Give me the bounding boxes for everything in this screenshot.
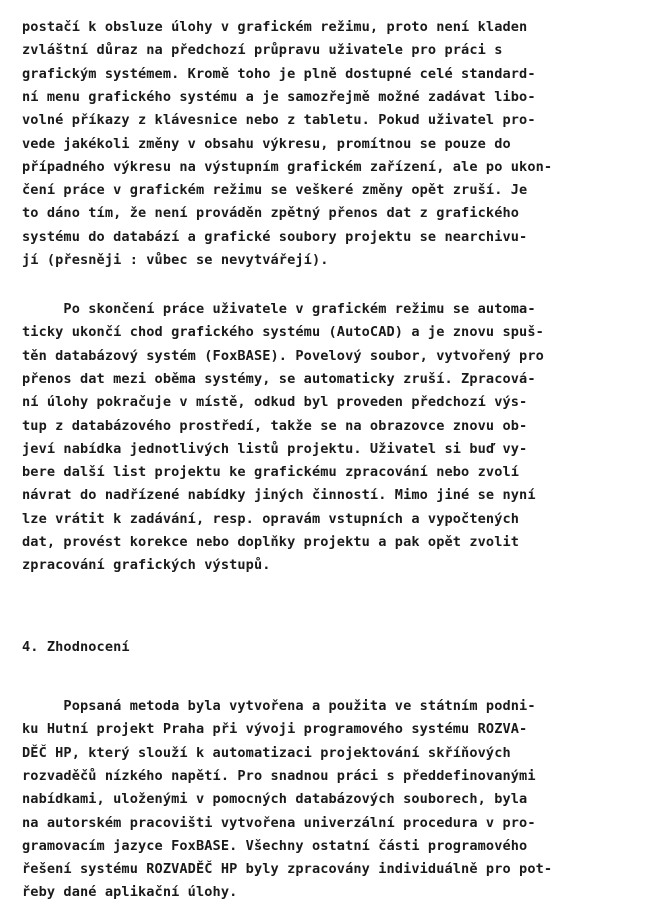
- text-line: ní úlohy pokračuje v místě, odkud byl pr…: [22, 391, 527, 413]
- text-line: Popsaná metoda byla vytvořena a použita …: [22, 695, 536, 717]
- text-line: návrat do nadřízené nabídky jiných činno…: [22, 484, 536, 506]
- text-line: volné příkazy z klávesnice nebo z tablet…: [22, 109, 536, 131]
- text-line: ticky ukončí chod grafického systému (Au…: [22, 321, 544, 343]
- text-line: na autorském pracovišti vytvořena univer…: [22, 812, 536, 834]
- text-line: grafickým systémem. Kromě toho je plně d…: [22, 63, 536, 85]
- text-line: vede jakékoli změny v obsahu výkresu, pr…: [22, 133, 511, 155]
- text-line: systému do databází a grafické soubory p…: [22, 226, 527, 248]
- text-line: rozvaděčů nízkého napětí. Pro snadnou pr…: [22, 765, 536, 787]
- text-line: čení práce v grafickém režimu se veškeré…: [22, 179, 527, 201]
- text-line: přenos dat mezi oběma systémy, se automa…: [22, 368, 536, 390]
- text-line: ní menu grafického systému a je samozřej…: [22, 86, 536, 108]
- text-line: zpracování grafických výstupů.: [22, 554, 271, 576]
- text-line: ku Hutní projekt Praha při vývoji progra…: [22, 718, 527, 740]
- text-line: tup z databázového prostředí, takže se n…: [22, 415, 527, 437]
- text-line: DĚČ HP, který slouží k automatizaci proj…: [22, 742, 511, 764]
- text-line: dat, provést korekce nebo doplňky projek…: [22, 531, 519, 553]
- text-line: bere další list projektu ke grafickému z…: [22, 461, 519, 483]
- text-line: to dáno tím, že není prováděn zpětný pře…: [22, 202, 519, 224]
- text-line: případného výkresu na výstupním grafické…: [22, 156, 552, 178]
- text-line: gramovacím jazyce FoxBASE. Všechny ostat…: [22, 835, 527, 857]
- document-page: postačí k obsluze úlohy v grafickém reži…: [0, 0, 672, 918]
- text-line: řešení systému ROZVADĚČ HP byly zpracová…: [22, 858, 552, 880]
- text-line: postačí k obsluze úlohy v grafickém reži…: [22, 16, 527, 38]
- text-line: těn databázový systém (FoxBASE). Povelov…: [22, 345, 544, 367]
- text-line: nabídkami, uloženými v pomocných databáz…: [22, 788, 527, 810]
- text-line: lze vrátit k zadávání, resp. opravám vst…: [22, 508, 519, 530]
- text-line: jí (přesněji : vůbec se nevytvářejí).: [22, 249, 329, 271]
- text-line: řeby dané aplikační úlohy.: [22, 881, 237, 903]
- text-line: Po skončení práce uživatele v grafickém …: [22, 298, 536, 320]
- text-line: zvláštní důraz na předchozí průpravu uži…: [22, 39, 502, 61]
- text-line: jeví nabídka jednotlivých listů projektu…: [22, 438, 527, 460]
- section-heading: 4. Zhodnocení: [22, 636, 130, 658]
